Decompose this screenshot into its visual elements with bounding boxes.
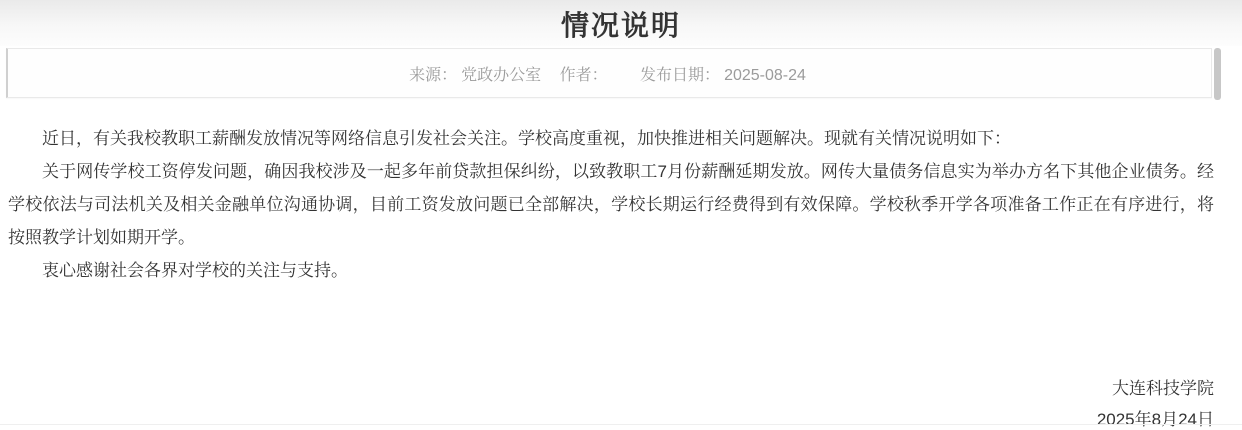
signature-date: 2025年8月24日 — [0, 404, 1214, 430]
announcement-page: 情况说明 来源：党政办公室 作者： 发布日期：2025-08-24 近日，有关我… — [0, 0, 1242, 430]
meta-text: 来源：党政办公室 作者： 发布日期：2025-08-24 — [409, 62, 810, 85]
signature-block: 大连科技学院 2025年8月24日 — [0, 373, 1242, 430]
paragraph: 近日，有关我校教职工薪酬发放情况等网络信息引发社会关注。学校高度重视，加快推进相… — [8, 122, 1214, 155]
date-label: 发布日期： — [640, 67, 720, 84]
page-title: 情况说明 — [561, 2, 681, 44]
date-value: 2025-08-24 — [724, 67, 806, 84]
meta-bar: 来源：党政办公室 作者： 发布日期：2025-08-24 — [6, 48, 1212, 98]
page-header: 情况说明 — [0, 0, 1242, 46]
source-value: 党政办公室 — [461, 67, 541, 84]
author-label: 作者： — [560, 67, 608, 84]
signature-org: 大连科技学院 — [0, 373, 1214, 404]
bottom-divider — [0, 424, 1242, 425]
source-label: 来源： — [409, 67, 457, 84]
article-body: 近日，有关我校教职工薪酬发放情况等网络信息引发社会关注。学校高度重视，加快推进相… — [0, 98, 1242, 287]
scrollbar-thumb[interactable] — [1214, 48, 1221, 100]
paragraph: 衷心感谢社会各界对学校的关注与支持。 — [8, 254, 1214, 287]
paragraph: 关于网传学校工资停发问题，确因我校涉及一起多年前贷款担保纠纷，以致教职工7月份薪… — [8, 155, 1214, 254]
